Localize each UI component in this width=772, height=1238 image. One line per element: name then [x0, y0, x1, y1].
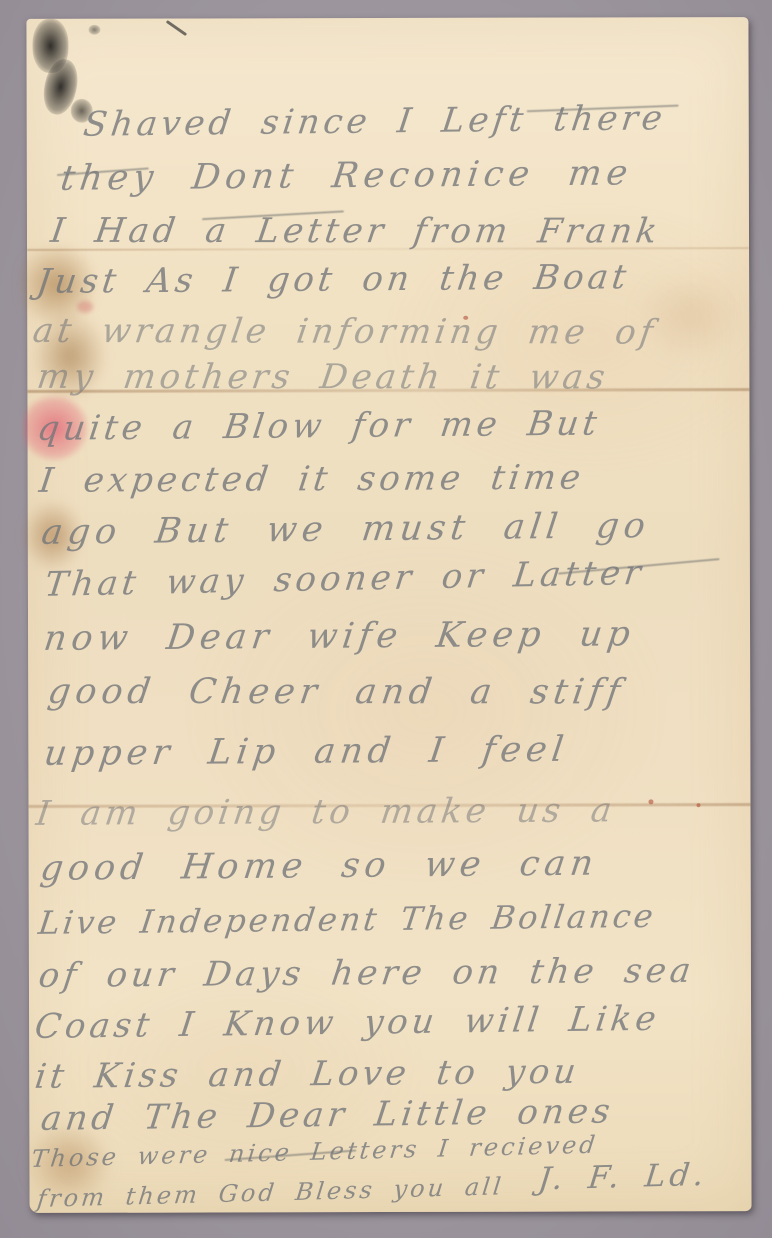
ink-speck: [88, 25, 100, 35]
handwriting-line: good Cheer and a stiff: [45, 672, 627, 713]
handwriting-line: ago But we must all go: [39, 506, 652, 553]
rust-speck: [648, 799, 653, 804]
rust-speck: [696, 803, 700, 807]
letter-paper: Shaved since I Left there they Dont Reco…: [26, 17, 751, 1213]
handwriting-line: Just As I got on the Boat: [34, 257, 632, 302]
handwriting-line: I am going to make us a: [34, 790, 618, 834]
handwriting-line: good Home so we can: [38, 844, 600, 889]
handwriting-line: it Kiss and Love to you: [33, 1052, 583, 1097]
signature-initials: J. F. Ld.: [536, 1157, 709, 1198]
handwriting-line: Shaved since I Left there: [81, 98, 668, 145]
handwriting-line: they Dont Reconice me: [58, 153, 635, 198]
scanned-letter-photo: { "colors": { "background_gray": "#9C959…: [0, 0, 772, 1238]
handwriting-line: at wrangle informing me of: [30, 311, 659, 353]
handwriting-line: I expected it some time: [37, 458, 587, 501]
handwriting-line: quite a Blow for me But: [35, 404, 603, 449]
handwriting-line: my mothers Death it was: [35, 357, 612, 398]
handwriting-line: I Had a Letter from Frank: [48, 211, 663, 252]
handwriting-line: of our Days here on the sea: [36, 951, 697, 996]
handwriting-line: now Dear wife Keep up: [41, 614, 637, 659]
handwriting-line: Live Independent The Bollance: [36, 897, 658, 942]
handwriting-line: Coast I Know you will Like: [33, 999, 663, 1047]
handwriting-line: upper Lip and I feel: [42, 730, 571, 774]
